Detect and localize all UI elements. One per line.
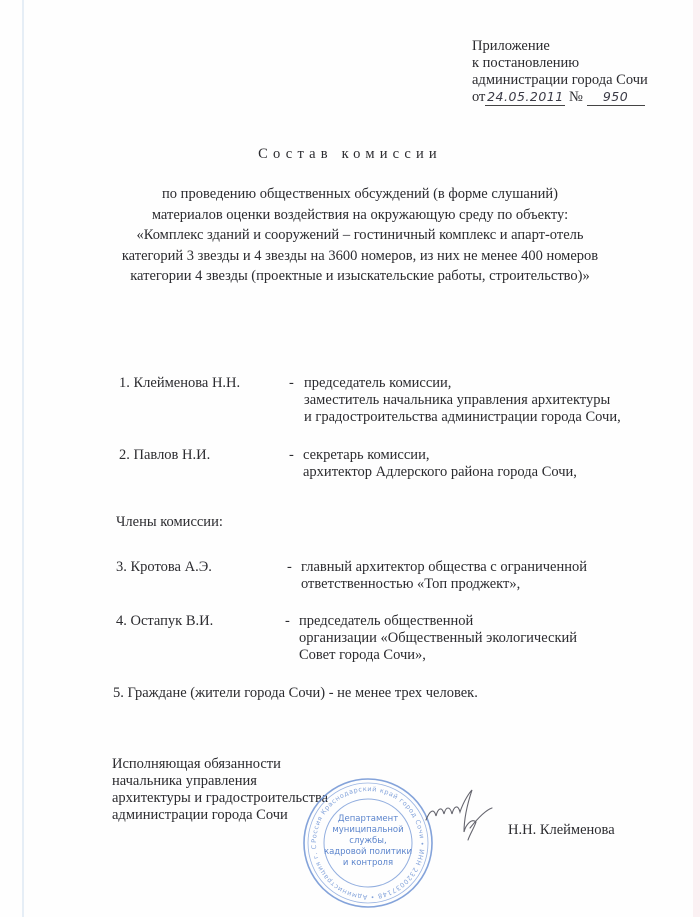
position-line: администрации города Сочи xyxy=(112,807,328,824)
handwritten-date: 24.05.2011 xyxy=(487,89,564,104)
stamp-center-text: Департамент муниципальной службы, кадров… xyxy=(301,814,435,869)
date-field: 24.05.2011 xyxy=(485,89,565,106)
annex-line-2: к постановлению xyxy=(472,55,648,72)
scan-edge-left xyxy=(22,0,24,917)
member-role: главный архитектор общества с ограниченн… xyxy=(301,559,587,593)
document-subject: по проведению общественных обсуждений (в… xyxy=(100,184,620,287)
citizens-line: 5. Граждане (жители города Сочи) - не ме… xyxy=(113,685,478,702)
role-line: главный архитектор общества с ограниченн… xyxy=(301,559,587,576)
member-role: секретарь комиссии, архитектор Адлерског… xyxy=(303,447,577,481)
member-role: председатель общественной организации «О… xyxy=(299,613,577,664)
annex-date-number: от24.05.2011 № 950 xyxy=(472,89,648,106)
subject-line: категорий 3 звезды и 4 звезды на 3600 но… xyxy=(100,246,620,267)
member-dash: - xyxy=(287,559,292,576)
stamp-line: и контроля xyxy=(301,858,435,869)
subject-line: материалов оценки воздействия на окружаю… xyxy=(100,205,620,226)
role-line: организации «Общественный экологический xyxy=(299,630,577,647)
member-role: председатель комиссии, заместитель начал… xyxy=(304,375,621,426)
role-line: архитектор Адлерского района города Сочи… xyxy=(303,464,577,481)
annex-header: Приложение к постановлению администрации… xyxy=(472,38,648,106)
member-name: 4. Остапук В.И. xyxy=(116,613,213,630)
member-dash: - xyxy=(289,375,294,392)
signer-name: Н.Н. Клейменова xyxy=(508,822,615,839)
official-stamp: Россия Краснодарский край город Сочи • И… xyxy=(301,776,435,910)
from-label: от xyxy=(472,89,485,105)
member-name: 1. Клейменова Н.Н. xyxy=(119,375,240,392)
subject-line: категории 4 звезды (проектные и изыскате… xyxy=(100,266,620,287)
stamp-line: кадровой политики xyxy=(301,847,435,858)
position-line: архитектуры и градостроительства xyxy=(112,790,328,807)
stamp-line: службы, xyxy=(301,836,435,847)
position-line: начальника управления xyxy=(112,773,328,790)
position-line: Исполняющая обязанности xyxy=(112,756,328,773)
handwritten-number: 950 xyxy=(603,89,628,104)
annex-line-3: администрации города Сочи xyxy=(472,72,648,89)
member-dash: - xyxy=(285,613,290,630)
subject-line: по проведению общественных обсуждений (в… xyxy=(100,184,620,205)
document-title: Состав комиссии xyxy=(0,146,700,163)
role-line: ответственностью «Топ проджект», xyxy=(301,576,587,593)
annex-line-1: Приложение xyxy=(472,38,648,55)
handwritten-signature-icon xyxy=(420,784,500,844)
role-line: заместитель начальника управления архите… xyxy=(304,392,621,409)
role-line: секретарь комиссии, xyxy=(303,447,577,464)
members-label: Члены комиссии: xyxy=(116,514,223,531)
member-name: 3. Кротова А.Э. xyxy=(116,559,212,576)
role-line: и градостроительства администрации город… xyxy=(304,409,621,426)
member-dash: - xyxy=(289,447,294,464)
document-page: Приложение к постановлению администрации… xyxy=(0,0,700,917)
role-line: Совет города Сочи», xyxy=(299,647,577,664)
number-field: 950 xyxy=(587,89,645,106)
scan-edge-right xyxy=(693,0,700,917)
subject-line: «Комплекс зданий и сооружений – гостинич… xyxy=(100,225,620,246)
stamp-line: Департамент xyxy=(301,814,435,825)
role-line: председатель комиссии, xyxy=(304,375,621,392)
number-label: № xyxy=(569,89,583,105)
stamp-line: муниципальной xyxy=(301,825,435,836)
member-name: 2. Павлов Н.И. xyxy=(119,447,210,464)
role-line: председатель общественной xyxy=(299,613,577,630)
signature-block: Исполняющая обязанности начальника управ… xyxy=(112,756,328,824)
